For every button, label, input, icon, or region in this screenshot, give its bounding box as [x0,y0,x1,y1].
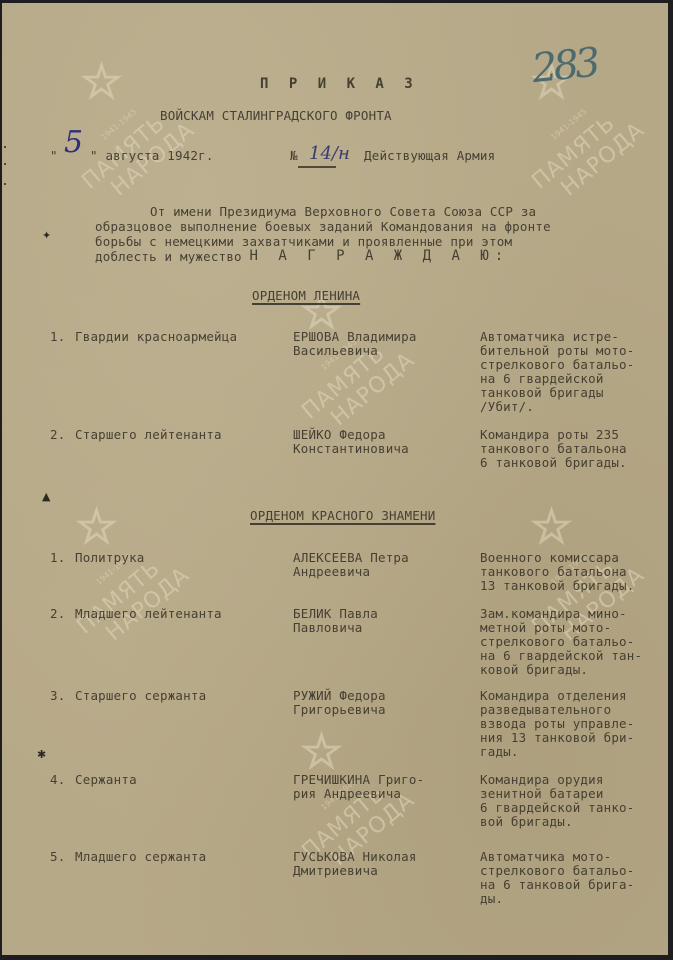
entry-position: Зам.командира мино- [480,607,627,621]
watermark: ☆ 1941-1945 ПАМЯТЬНАРОДА [57,503,207,653]
margin-mark: ✦ [42,229,51,242]
entry-position: вой бригады. [480,815,573,829]
entry-position: бительной роты мото- [480,344,635,358]
entry-name: РУЖИЙ Федора [293,689,386,703]
entry-position: зенитной батареи [480,787,604,801]
entry-name: Константиновича [293,442,409,456]
entry-name: ГРЕЧИШКИНА Григо- [293,773,424,787]
entry-name: ЕРШОВА Владимира [293,330,417,344]
entry-position: гады. [480,745,519,759]
entry-number: 2. [50,428,65,442]
entry-position: взвода роты управле- [480,717,635,731]
document-subtitle: ВОЙСКАМ СТАЛИНГРАДСКОГО ФРОНТА [160,109,392,123]
entry-rank: Политрука [75,551,145,565]
entry-number: 4. [50,773,65,787]
entry-name: ГУСЬКОВА Николая [293,850,417,864]
entry-position: танкового батальона [480,442,627,456]
entry-position: 6 гвардейской танко- [480,801,635,815]
date-open-quote: " [50,149,58,163]
entry-position: Автоматчика истре- [480,330,619,344]
entry-position: ковой бригады. [480,663,588,677]
entry-position: Автоматчика мото- [480,850,611,864]
entry-position: /Убит/. [480,400,534,414]
entry-position: ния 13 танковой бри- [480,731,635,745]
preamble-line: От имени Президиума Верховного Совета Со… [150,205,536,219]
entry-name: Григорьевича [293,703,386,717]
entry-position: Командира роты 235 [480,428,619,442]
entry-name: АЛЕКСЕЕВА Петра [293,551,409,565]
preamble-line: доблесть и мужество [95,250,250,264]
entry-rank: Старшего лейтенанта [75,428,222,442]
entry-position: танкового батальона [480,565,627,579]
entry-number: 3. [50,689,65,703]
entry-name: БЕЛИК Павла [293,607,378,621]
entry-position: разведывательного [480,703,611,717]
entry-position: танковой бригады [480,386,604,400]
margin-mark: ✱ [37,748,46,761]
entry-position: 6 танковой бригады. [480,456,627,470]
entry-name: Андреевича [293,565,370,579]
entry-position: Командира отделения [480,689,627,703]
entry-rank: Сержанта [75,773,137,787]
document-page: ☆ 1941-1945 ПАМЯТЬНАРОДА ☆ 1941-1945 ПАМ… [2,3,668,955]
star-icon: ☆ [300,728,343,776]
star-icon: ☆ [75,503,118,551]
entry-position: метной роты мото- [480,621,611,635]
entry-name: рия Андреевича [293,787,401,801]
section-heading-order-of-lenin: ОРДЕНОМ ЛЕНИНА [252,289,360,303]
date-text: " августа 1942г. [90,149,214,163]
entry-rank: Младшего лейтенанта [75,607,222,621]
entry-number: 1. [50,330,65,344]
entry-name: ШЕЙКО Федора [293,428,386,442]
entry-position: ды. [480,892,503,906]
entry-position: на 6 танковой брига- [480,878,635,892]
date-day-handwritten: 5 [64,125,83,160]
section-heading-order-of-red-banner: ОРДЕНОМ КРАСНОГО ЗНАМЕНИ [250,509,435,523]
preamble-line: образцовое выполнение боевых заданий Ком… [95,220,551,234]
archive-number-handwritten: 283 [530,40,599,92]
entry-name: Васильевича [293,344,378,358]
entry-number: 2. [50,607,65,621]
margin-mark: ▲ [42,490,50,503]
order-number-prefix: № [290,149,298,163]
entry-position: на 6 гвардейской [480,372,604,386]
entry-rank: Гвардии красноармейца [75,330,237,344]
entry-position: Военного комиссара [480,551,619,565]
entry-position: Командира орудия [480,773,604,787]
order-number-underline [298,166,336,168]
location: Действующая Армия [364,149,495,163]
entry-position: стрелкового батальо- [480,358,635,372]
entry-position: стрелкового батальо- [480,635,635,649]
entry-position: 13 танковой бригады. [480,579,635,593]
entry-name: Павловича [293,621,363,635]
watermark: ☆ 1941-1945 ПАМЯТЬНАРОДА [282,288,432,438]
entry-position: стрелкового батальо- [480,864,635,878]
entry-number: 5. [50,850,65,864]
entry-number: 1. [50,551,65,565]
watermark: ☆ 1941-1945 ПАМЯТЬНАРОДА [62,58,212,208]
entry-rank: Старшего сержанта [75,689,206,703]
entry-name: Дмитриевича [293,864,378,878]
order-number-handwritten: 14/н [309,143,350,164]
entry-position: на 6 гвардейской тан- [480,649,642,663]
entry-rank: Младшего сержанта [75,850,206,864]
preamble-line: борьбы с немецкими захватчиками и проявл… [95,235,512,249]
star-icon: ☆ [80,58,123,106]
document-title: П Р И К А З [260,77,419,91]
star-icon: ☆ [530,503,573,551]
award-word: Н А Г Р А Ж Д А Ю: [250,249,510,263]
